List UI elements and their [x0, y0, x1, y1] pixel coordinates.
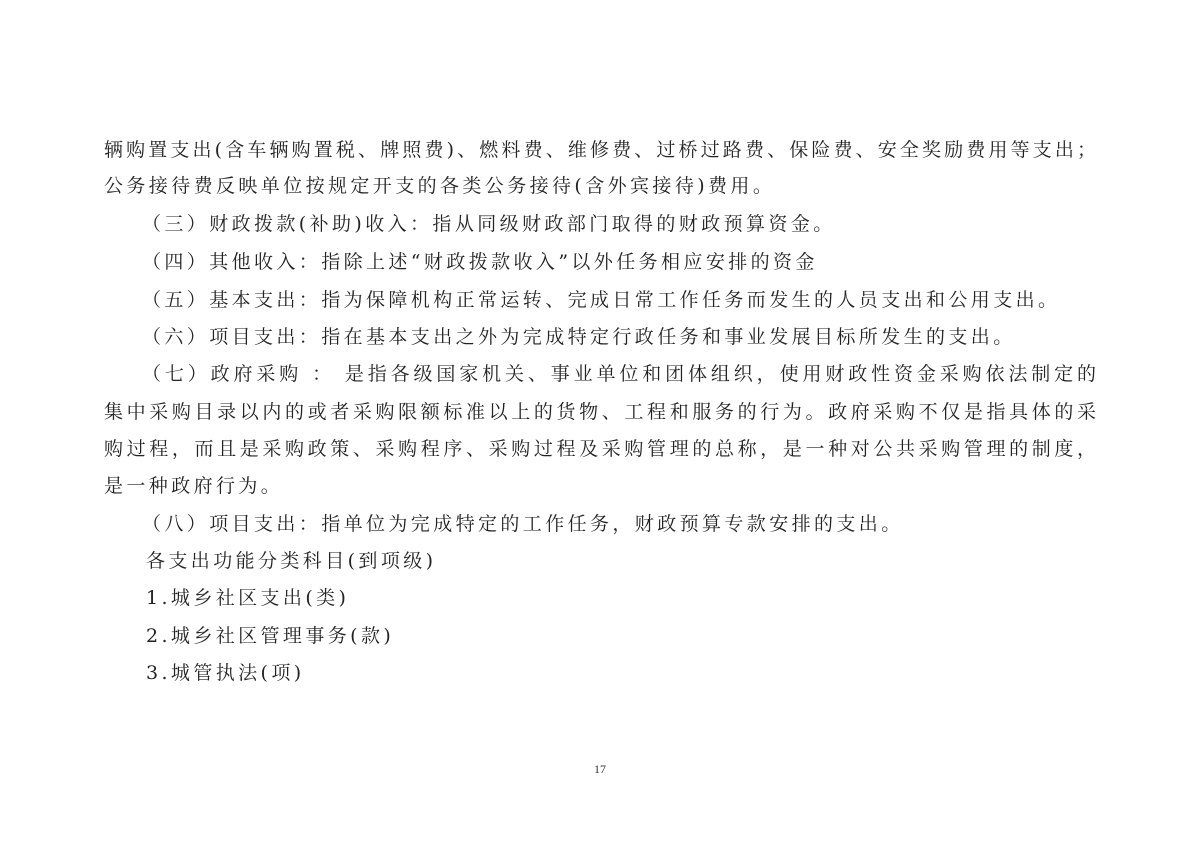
definition-government-procurement-line-4: 是一种政府行为。 — [104, 474, 283, 498]
definition-project-expenditure: （六）项目支出：指在基本支出之外为完成特定行政任务和事业发展目标所发生的支出。 — [142, 325, 1016, 349]
document-page: 辆购置支出(含车辆购置税、牌照费)、燃料费、维修费、过桥过路费、保险费、安全奖励… — [0, 0, 1200, 848]
classification-item-2: 2.城乡社区管理事务(款) — [146, 624, 394, 648]
definition-government-procurement-line-3: 购过程，而且是采购政策、采购程序、采购过程及采购管理的总称，是一种对公共采购管理… — [104, 437, 1096, 461]
definition-project-expenditure-special: （八）项目支出：指单位为完成特定的工作任务，财政预算专款安排的支出。 — [142, 512, 904, 536]
definition-government-procurement-line-1: （七）政府采购 ： 是指各级国家机关、事业单位和团体组织，使用财政性资金采购依法… — [142, 362, 1096, 386]
classification-item-1: 1.城乡社区支出(类) — [146, 586, 349, 610]
paragraph-line-reception-expenses: 公务接待费反映单位按规定开支的各类公务接待(含外宾接待)费用。 — [104, 174, 775, 198]
classification-item-3: 3.城管执法(项) — [146, 661, 305, 685]
page-number: 17 — [0, 762, 1200, 777]
paragraph-line-vehicle-expenses: 辆购置支出(含车辆购置税、牌照费)、燃料费、维修费、过桥过路费、保险费、安全奖励… — [104, 138, 1096, 162]
definition-other-income: （四）其他收入：指除上述“财政拨款收入”以外任务相应安排的资金 — [142, 250, 818, 274]
section-heading-functional-classification: 各支出功能分类科目(到项级) — [146, 549, 436, 573]
definition-government-procurement-line-2: 集中采购目录以内的或者采购限额标准以上的货物、工程和服务的行为。政府采购不仅是指… — [104, 400, 1096, 424]
definition-fiscal-appropriation-income: （三）财政拨款(补助)收入：指从同级财政部门取得的财政预算资金。 — [142, 212, 836, 236]
definition-basic-expenditure: （五）基本支出：指为保障机构正常运转、完成日常工作任务而发生的人员支出和公用支出… — [142, 288, 1060, 312]
